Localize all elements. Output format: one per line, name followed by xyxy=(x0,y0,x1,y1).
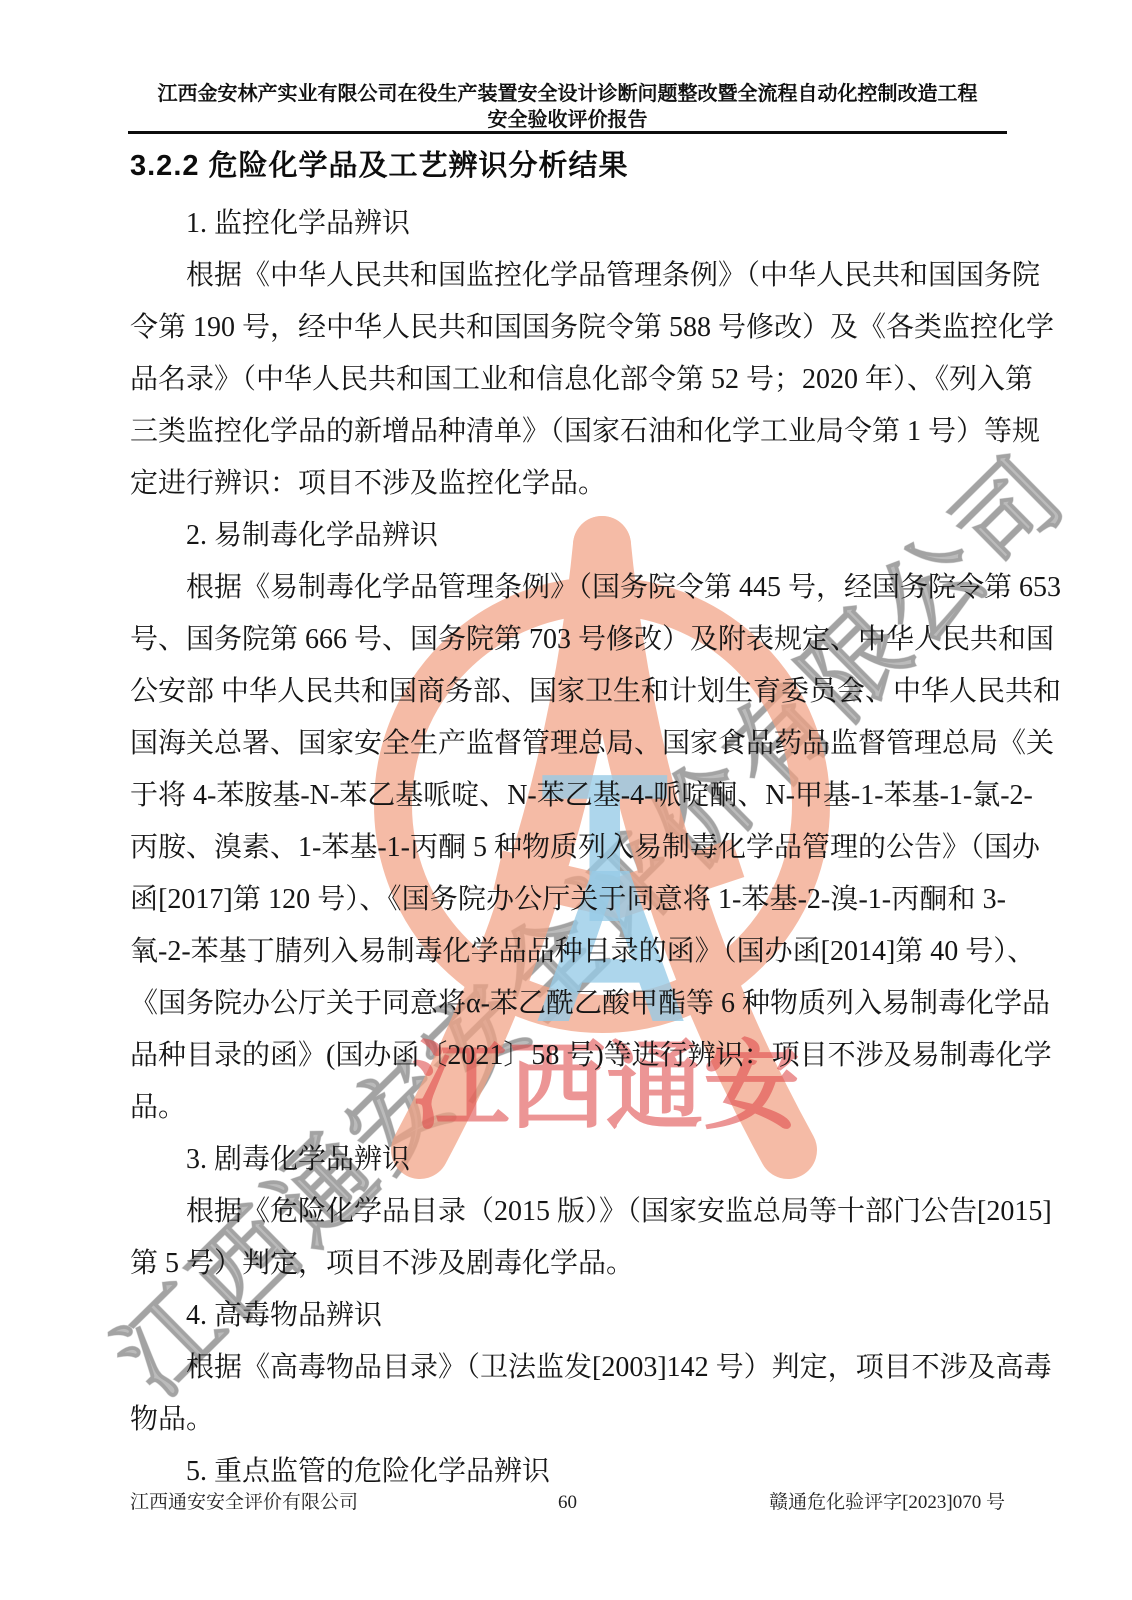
body-line: 品。 xyxy=(130,1082,1006,1134)
body-line: 物品。 xyxy=(130,1394,1006,1446)
header-rule xyxy=(128,131,1007,134)
body-line: 根据《高毒物品目录》（卫法监发[2003]142 号）判定，项目不涉及高毒 xyxy=(130,1342,1006,1394)
body-line: 国海关总署、国家安全生产监督管理总局、国家食品药品监督管理总局《关 xyxy=(130,718,1006,770)
body-line: 公安部 中华人民共和国商务部、国家卫生和计划生育委员会、中华人民共和 xyxy=(130,666,1006,718)
body-line: 第 5 号）判定，项目不涉及剧毒化学品。 xyxy=(130,1238,1006,1290)
body-line: 函[2017]第 120 号）、《国务院办公厅关于同意将 1-苯基-2-溴-1-… xyxy=(130,874,1006,926)
body-line: 令第 190 号，经中华人民共和国国务院令第 588 号修改）及《各类监控化学 xyxy=(130,302,1006,354)
body-line: 根据《中华人民共和国监控化学品管理条例》（中华人民共和国国务院 xyxy=(130,250,1006,302)
body-line: 三类监控化学品的新增品种清单》（国家石油和化学工业局令第 1 号）等规 xyxy=(130,406,1006,458)
body-line: 3. 剧毒化学品辨识 xyxy=(130,1134,1006,1186)
body-line: 4. 高毒物品辨识 xyxy=(130,1290,1006,1342)
body-line: 品种目录的函》(国办函〔2021〕58 号)等进行辨识：项目不涉及易制毒化学 xyxy=(130,1030,1006,1082)
body-line: 根据《危险化学品目录（2015 版）》（国家安监总局等十部门公告[2015] xyxy=(130,1186,1006,1238)
body-text: 1. 监控化学品辨识根据《中华人民共和国监控化学品管理条例》（中华人民共和国国务… xyxy=(130,198,1006,1498)
body-line: 定进行辨识：项目不涉及监控化学品。 xyxy=(130,458,1006,510)
body-line: 氧-2-苯基丁腈列入易制毒化学品品种目录的函》（国办函[2014]第 40 号）… xyxy=(130,926,1006,978)
body-line: 1. 监控化学品辨识 xyxy=(130,198,1006,250)
running-header-line2: 安全验收评价报告 xyxy=(130,108,1005,132)
body-line: 丙胺、溴素、1-苯基-1-丙酮 5 种物质列入易制毒化学品管理的公告》（国办 xyxy=(130,822,1006,874)
body-line: 号、国务院第 666 号、国务院第 703 号修改）及附表规定、中华人民共和国 xyxy=(130,614,1006,666)
section-heading: 3.2.2 危险化学品及工艺辨识分析结果 xyxy=(130,148,1005,184)
report-page: 江西通安安全评价有限公司 T A 江西通安 江西金安林产实业有限公司在役生产装置… xyxy=(0,0,1132,1600)
body-line: 品名录》（中华人民共和国工业和信息化部令第 52 号；2020 年）、《列入第 xyxy=(130,354,1006,406)
running-header-line1: 江西金安林产实业有限公司在役生产装置安全设计诊断问题整改暨全流程自动化控制改造工… xyxy=(130,82,1005,106)
body-line: 于将 4-苯胺基-N-苯乙基哌啶、N-苯乙基-4-哌啶酮、N-甲基-1-苯基-1… xyxy=(130,770,1006,822)
body-line: 《国务院办公厅关于同意将α-苯乙酰乙酸甲酯等 6 种物质列入易制毒化学品 xyxy=(130,978,1006,1030)
body-line: 根据《易制毒化学品管理条例》（国务院令第 445 号，经国务院令第 653 xyxy=(130,562,1006,614)
page-content: 江西金安林产实业有限公司在役生产装置安全设计诊断问题整改暨全流程自动化控制改造工… xyxy=(0,0,1132,1600)
footer-doc-number: 赣通危化验评字[2023]070 号 xyxy=(769,1491,1005,1515)
body-line: 2. 易制毒化学品辨识 xyxy=(130,510,1006,562)
